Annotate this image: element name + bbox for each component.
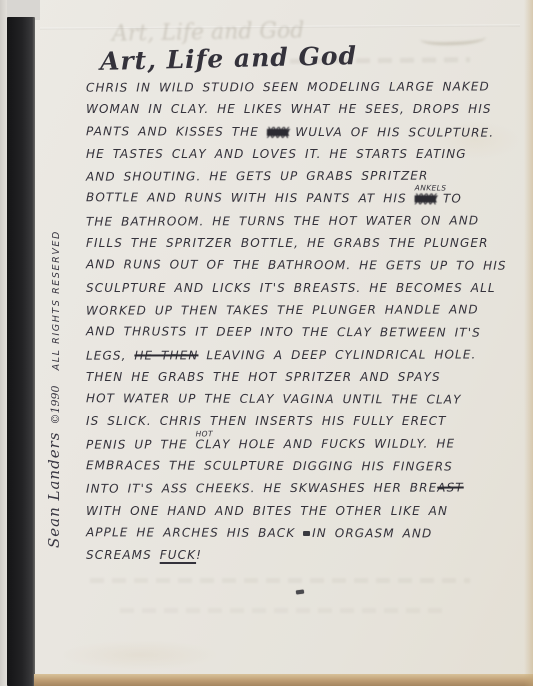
handwritten-text: BOTTLE AND RUNS WITH HIS PANTS AT HIS (86, 191, 415, 206)
manuscript-line: WITH ONE HAND AND BITES THE OTHER LIKE A… (86, 504, 522, 526)
handwritten-text: TO (435, 192, 462, 206)
manuscript-line: APPLE HE ARCHES HIS BACK ▪IN ORGASM AND (86, 525, 522, 549)
handwritten-text: LEGS, (86, 348, 134, 362)
manuscript-line: WOMAN IN CLAY. HE LIKES WHAT HE SEES, DR… (86, 102, 522, 124)
manuscript-line: THE BATHROOM. HE TURNS THE HOT WATER ON … (86, 213, 522, 237)
manuscript-line: SCULPTURE AND LICKS IT'S BREASTS. HE BEC… (86, 281, 522, 303)
manuscript-line: AND THRUSTS IT DEEP INTO THE CLAY BETWEE… (86, 325, 522, 349)
rights-reserved-text: ALL RIGHTS RESERVED (51, 230, 62, 370)
struck-through-text: AST (437, 481, 464, 495)
inserted-word-above: HOT (196, 429, 213, 438)
manuscript-line: EMBRACES THE SCULPTURE DIGGING HIS FINGE… (86, 458, 522, 482)
manuscript-line: LEGS, HE THEN LEAVING A DEEP CYLINDRICAL… (86, 347, 522, 371)
page-stack-bottom-edge (34, 674, 533, 686)
handwritten-text: FILLS THE SPRITZER BOTTLE, HE GRABS THE … (86, 236, 489, 250)
ghost-text-line (120, 608, 450, 613)
copyright-year: ©1990 (49, 385, 62, 424)
manuscript-body: CHRIS IN WILD STUDIO SEEN MODELING LARGE… (86, 80, 522, 571)
handwritten-text: WOMAN IN CLAY. HE LIKES WHAT HE SEES, DR… (86, 102, 492, 116)
manuscript-line: IS SLICK. CHRIS THEN INSERTS HIS FULLY E… (86, 414, 522, 436)
handwritten-text: HOLE AND FUCKS WILDLY. HE (231, 436, 456, 451)
ink-smudge (296, 589, 304, 594)
handwritten-text: PENIS UP THE (86, 437, 196, 451)
annotated-segment: ANKELSxxxx (415, 192, 435, 206)
scanned-manuscript-page: Art, Life and God Art, Life and God CHRI… (0, 0, 533, 686)
handwritten-text: THEN HE GRABS THE HOT SPRITZER AND SPAYS (86, 370, 441, 384)
artist-signature: Sean Landers (45, 432, 63, 548)
manuscript-line: AND SHOUTING. HE GETS UP GRABS SPRITZER (86, 169, 522, 193)
page-right-edge (524, 0, 533, 686)
manuscript-line: THEN HE GRABS THE HOT SPRITZER AND SPAYS (86, 370, 522, 392)
vertical-copyright: Sean Landers ©1990 ALL RIGHTS RESERVED (44, 230, 63, 548)
underlined-text: FUCK (160, 548, 196, 562)
ghost-scribble (420, 29, 486, 46)
handwritten-text: APPLE HE ARCHES HIS BACK (86, 525, 303, 540)
ghost-text-line (90, 578, 470, 583)
manuscript-line: PENIS UP THE HOTCLAY HOLE AND FUCKS WILD… (86, 436, 522, 460)
manuscript-line: HE TASTES CLAY AND LOVES IT. HE STARTS E… (86, 147, 522, 169)
handwritten-text: HOT WATER UP THE CLAY VAGINA UNTIL THE C… (86, 391, 462, 406)
handwritten-text: AND RUNS OUT OF THE BATHROOM. HE GETS UP… (86, 258, 507, 273)
handwritten-text: SCREAMS (86, 548, 160, 562)
handwritten-text: SCULPTURE AND LICKS IT'S BREASTS. HE BEC… (86, 281, 496, 295)
handwritten-text: IN ORGASM AND (312, 526, 432, 540)
manuscript-line: SCREAMS FUCK! (86, 548, 522, 570)
handwritten-text: WITH ONE HAND AND BITES THE OTHER LIKE A… (86, 504, 448, 518)
scribbled-out-text: xxxx (267, 124, 287, 138)
handwritten-text: THE BATHROOM. HE TURNS THE HOT WATER ON … (86, 213, 479, 228)
page-left-edge (0, 0, 7, 686)
handwritten-text: AND THRUSTS IT DEEP INTO THE CLAY BETWEE… (86, 325, 481, 340)
handwritten-text: HE TASTES CLAY AND LOVES IT. HE STARTS E… (86, 147, 467, 161)
paper-stain (60, 640, 220, 670)
manuscript-line: AND RUNS OUT OF THE BATHROOM. HE GETS UP… (86, 258, 522, 282)
handwritten-text: AND SHOUTING. HE GETS UP GRABS SPRITZER (86, 169, 428, 184)
handwritten-text: IS SLICK. CHRIS THEN INSERTS HIS FULLY E… (86, 414, 447, 428)
handwritten-text: WORKED UP THEN TAKES THE PLUNGER HANDLE … (86, 302, 479, 317)
manuscript-line: BOTTLE AND RUNS WITH HIS PANTS AT HIS AN… (86, 191, 522, 215)
annotated-segment: HOTCLAY (196, 437, 231, 451)
handwritten-text: CLAY (196, 437, 231, 451)
manuscript-line: HOT WATER UP THE CLAY VAGINA UNTIL THE C… (86, 391, 522, 415)
handwritten-text: LEAVING A DEEP CYLINDRICAL HOLE. (198, 347, 476, 362)
manuscript-line: WORKED UP THEN TAKES THE PLUNGER HANDLE … (86, 302, 522, 326)
handwritten-text: EMBRACES THE SCULPTURE DIGGING HIS FINGE… (86, 458, 453, 473)
page-title: Art, Life and God (100, 41, 358, 76)
scribbled-out-text: xxxx (415, 192, 435, 206)
handwritten-text: INTO IT'S ASS CHEEKS. HE SKWASHES HER BR… (86, 481, 437, 496)
handwritten-text: CHRIS IN WILD STUDIO SEEN MODELING LARGE… (86, 79, 490, 94)
book-spine-edge (7, 17, 35, 686)
handwritten-text: WULVA OF HIS SCULPTURE. (287, 125, 494, 140)
struck-through-text: HE THEN (134, 348, 198, 362)
manuscript-line: FILLS THE SPRITZER BOTTLE, HE GRABS THE … (86, 236, 522, 258)
ink-blot: ▪ (303, 531, 310, 536)
handwritten-text: ! (196, 548, 202, 562)
manuscript-line: CHRIS IN WILD STUDIO SEEN MODELING LARGE… (86, 79, 522, 103)
manuscript-line: PANTS AND KISSES THE xxxx WULVA OF HIS S… (86, 124, 522, 148)
handwritten-text: PANTS AND KISSES THE (86, 124, 267, 139)
manuscript-line: INTO IT'S ASS CHEEKS. HE SKWASHES HER BR… (86, 481, 522, 505)
